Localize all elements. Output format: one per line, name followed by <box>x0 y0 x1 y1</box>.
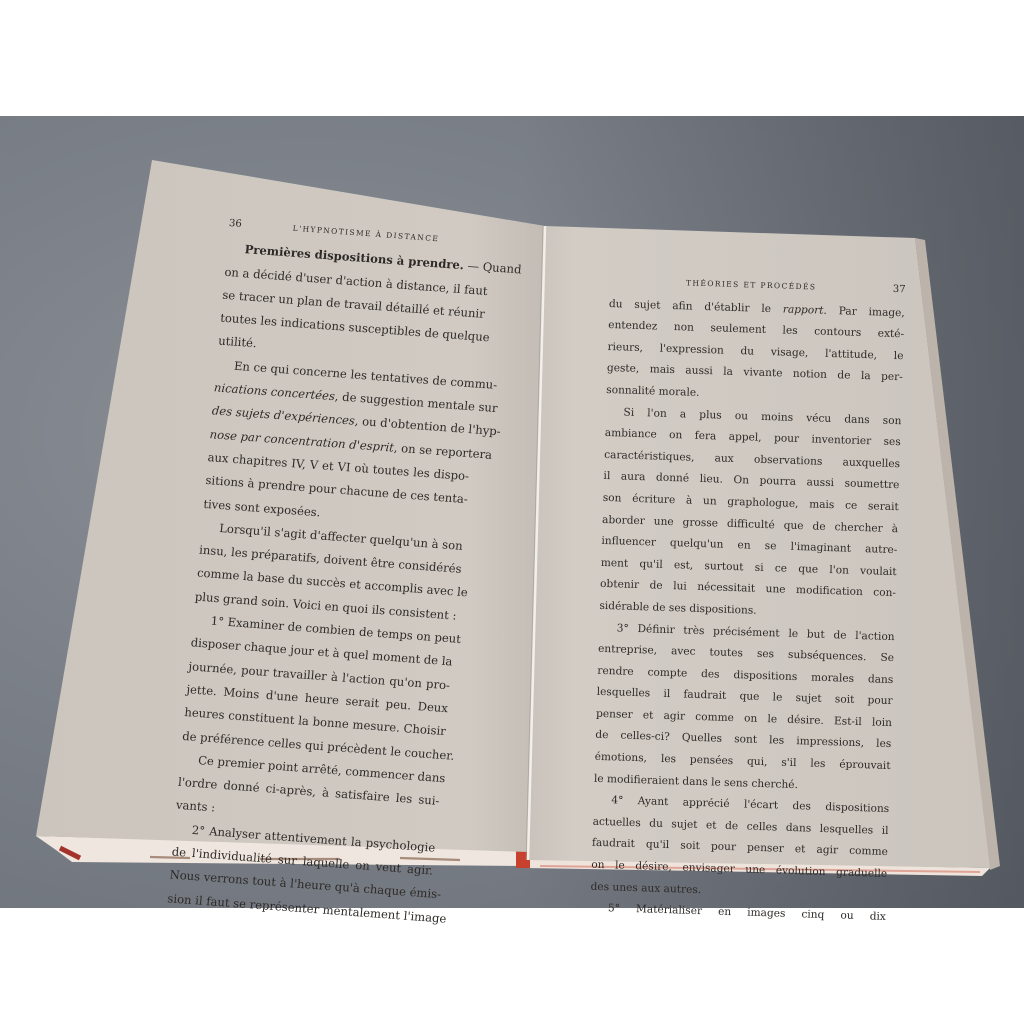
left-page-number: 36 <box>228 212 243 236</box>
right-page-number: 37 <box>892 279 905 301</box>
right-page-text: THÉORIES ET PROCÉDÉS 37 du sujet afin d'… <box>590 270 906 929</box>
right-page-title: THÉORIES ET PROCÉDÉS <box>686 272 817 298</box>
right-page-body: du sujet afin d'établir le rapport. Par … <box>590 294 906 929</box>
